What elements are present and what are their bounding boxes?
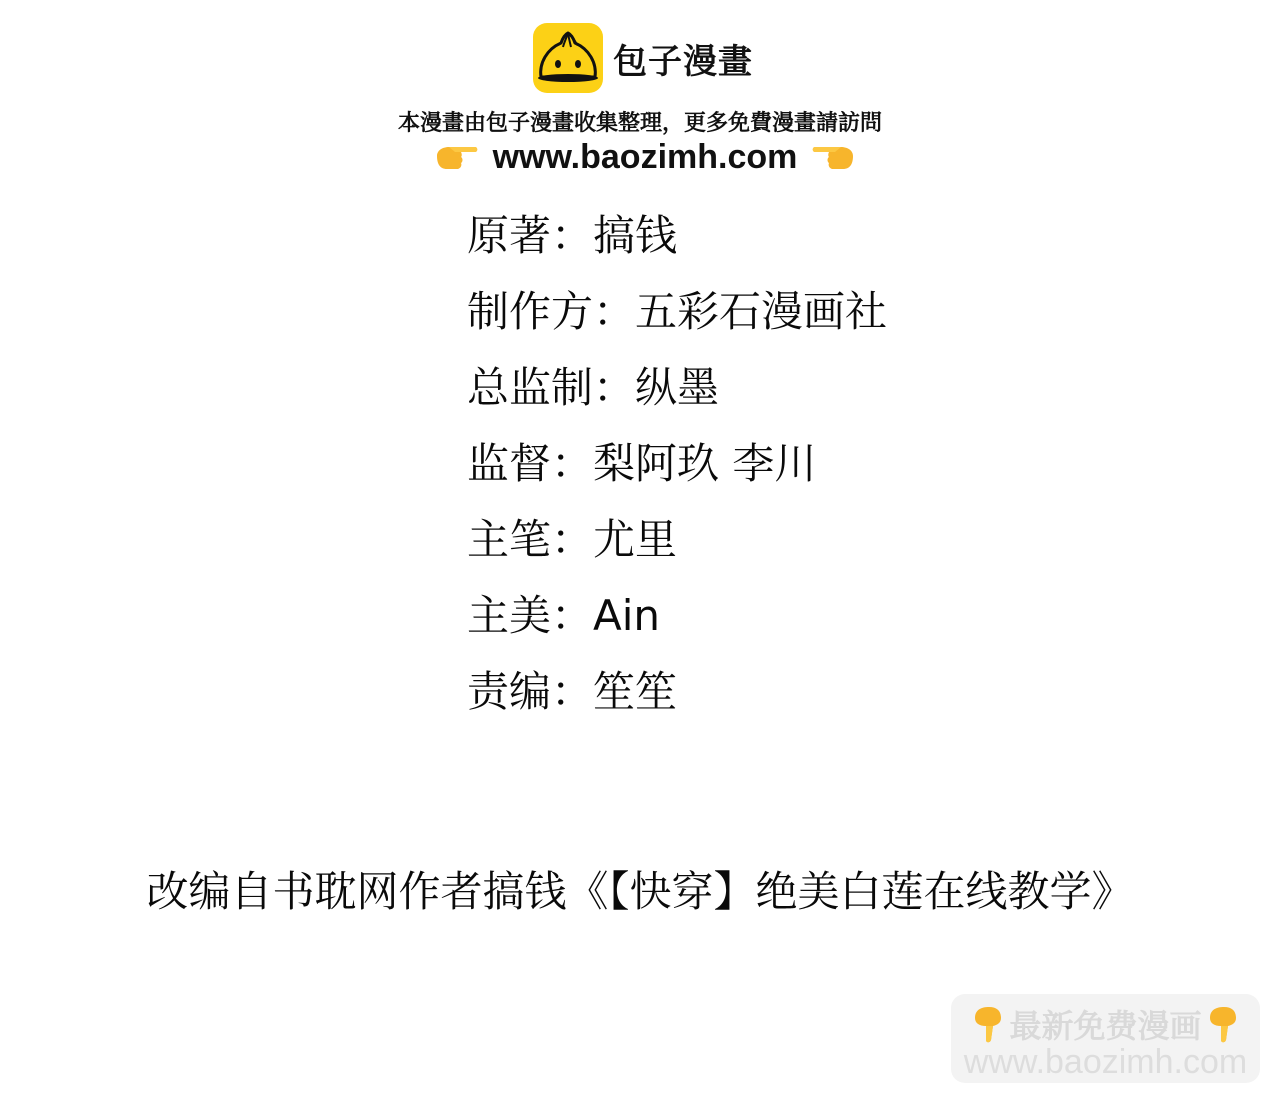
credit-value: 五彩石漫画社 [635, 282, 887, 342]
source-note: 改编自书耽网作者搞钱《【快穿】绝美白莲在线教学》 [0, 862, 1280, 922]
credit-label: 监督： [467, 434, 593, 494]
credit-label: 制作方： [467, 282, 635, 342]
baozi-bun-icon [533, 23, 603, 93]
watermark-url: www.baozimh.com [951, 1044, 1260, 1080]
credit-value: 梨阿玖 李川 [593, 434, 816, 494]
credit-value: Ain [593, 586, 660, 646]
credit-value: 尤里 [593, 510, 677, 570]
credit-value: 笙笙 [593, 662, 677, 722]
credit-label: 总监制： [467, 358, 635, 418]
hand-pointing-left-icon [811, 142, 855, 174]
watermark-badge[interactable]: 最新免费漫画 www.baozimh.com [951, 994, 1260, 1083]
credit-producer: 制作方：五彩石漫画社 [467, 282, 887, 358]
credit-value: 纵墨 [635, 358, 719, 418]
hand-pointing-down-icon [971, 1004, 1005, 1044]
credit-art-director: 主美：Ain [467, 586, 887, 662]
credits-list: 原著：搞钱 制作方：五彩石漫画社 总监制：纵墨 监督：梨阿玖 李川 主笔：尤里 … [467, 206, 887, 738]
credit-supervisor: 监督：梨阿玖 李川 [467, 434, 887, 510]
credit-label: 责编： [467, 662, 593, 722]
credit-value: 搞钱 [593, 206, 677, 266]
credit-executive-producer: 总监制：纵墨 [467, 358, 887, 434]
hand-pointing-down-icon [1206, 1004, 1240, 1044]
site-url-link[interactable]: www.baozimh.com [493, 138, 798, 177]
credit-original-author: 原著：搞钱 [467, 206, 887, 282]
brand-name: 包子漫畫 [613, 34, 753, 83]
credit-label: 原著： [467, 206, 593, 266]
brand-logo[interactable]: 包子漫畫 [533, 23, 753, 93]
credit-label: 主美： [467, 586, 593, 646]
credit-label: 主笔： [467, 510, 593, 570]
watermark-title: 最新免费漫画 [1009, 1001, 1201, 1047]
site-tagline: 本漫畫由包子漫畫收集整理，更多免費漫畫請訪問 [0, 106, 1280, 137]
credit-lead-artist: 主笔：尤里 [467, 510, 887, 586]
hand-pointing-right-icon [435, 142, 479, 174]
credit-editor: 责编：笙笙 [467, 662, 887, 738]
watermark-top-row: 最新免费漫画 [951, 1004, 1260, 1044]
site-url-row: www.baozimh.com [0, 138, 1280, 177]
